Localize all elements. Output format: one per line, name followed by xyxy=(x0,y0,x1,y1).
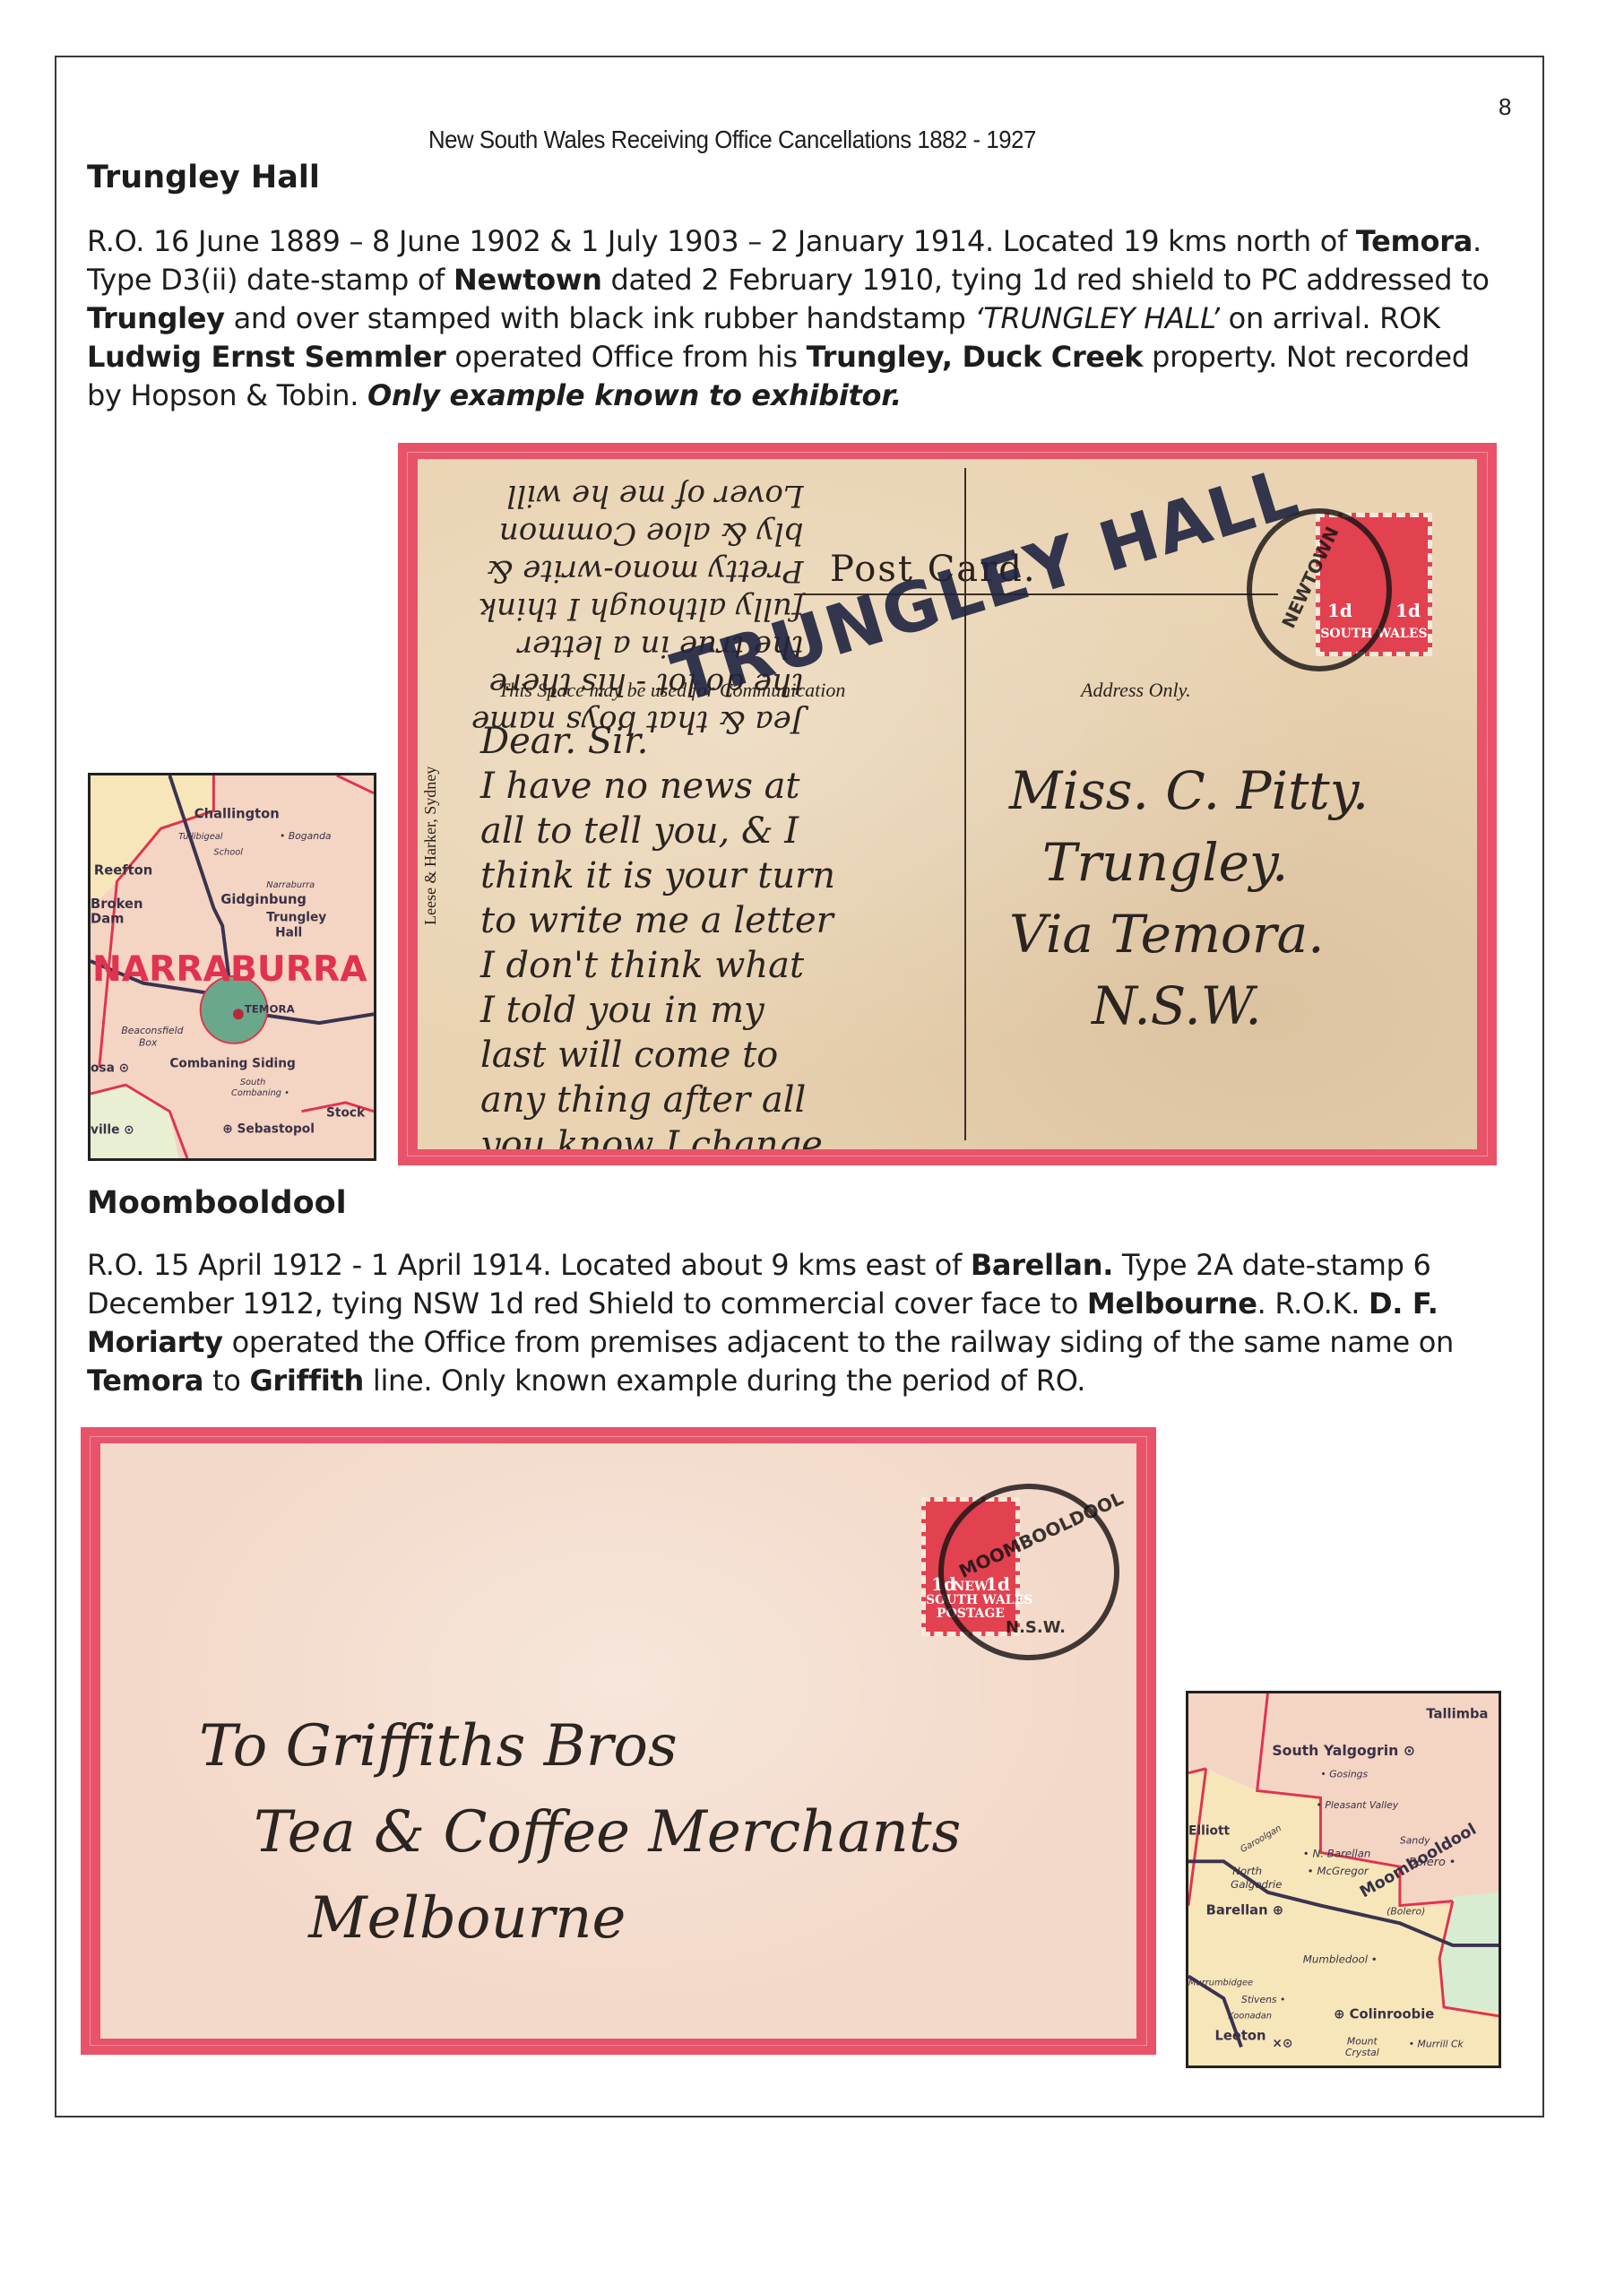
paragraph-run: Ludwig Ernst Semmler xyxy=(87,340,445,374)
svg-text:Elliott: Elliott xyxy=(1188,1824,1231,1839)
paragraph-run: dated 2 February 1910, tying 1d red shie… xyxy=(602,263,1490,297)
svg-text:TEMORA: TEMORA xyxy=(245,1002,296,1015)
paragraph-run: on arrival. ROK xyxy=(1220,301,1440,335)
svg-text:Broken: Broken xyxy=(91,896,143,912)
map-moombooldool-area: Tallimba South Yalgogrin ⊙ • Gosings • P… xyxy=(1186,1691,1501,2068)
section-heading-trungley-hall: Trungley Hall xyxy=(87,160,320,195)
svg-text:Beaconsfield: Beaconsfield xyxy=(121,1025,183,1036)
svg-text:Combaning •: Combaning • xyxy=(231,1088,289,1098)
svg-text:osa ⊙: osa ⊙ xyxy=(91,1061,129,1075)
svg-text:Barellan ⊕: Barellan ⊕ xyxy=(1206,1902,1283,1918)
paragraph-run: R.O. 15 April 1912 - 1 April 1914. Locat… xyxy=(87,1248,971,1282)
postcard-communication-caption: This Space may be used for Communication xyxy=(498,679,845,702)
svg-text:Stivens •: Stivens • xyxy=(1241,1994,1285,2005)
paragraph-run: to xyxy=(203,1364,249,1398)
svg-text:• Gosings: • Gosings xyxy=(1320,1769,1368,1780)
svg-text:Trungley: Trungley xyxy=(266,911,326,925)
paragraph-run: operated the Office from premises adjace… xyxy=(223,1325,1454,1359)
postcard-address: Miss. C. Pitty. Trungley. Via Temora. N.… xyxy=(1009,755,1369,1042)
postcard-address-caption: Address Only. xyxy=(1081,679,1191,702)
postcard-title-rule xyxy=(794,593,1278,595)
svg-text:Combaning Siding: Combaning Siding xyxy=(169,1056,296,1070)
postcard-message: Dear. Sir. I have no news at all to tell… xyxy=(480,719,845,1149)
page-number: 8 xyxy=(1499,93,1511,121)
paragraph-run: Trungley xyxy=(87,301,225,335)
envelope-postmark-moombooldool xyxy=(938,1484,1119,1660)
svg-text:Gidginbung: Gidginbung xyxy=(220,892,307,907)
envelope-cover: 1d 1d NEW SOUTH WALES POSTAGE MOOMBOOLDO… xyxy=(100,1443,1136,2039)
postcard-postmark-newtown xyxy=(1247,508,1392,671)
svg-text:Narraburra: Narraburra xyxy=(266,880,315,890)
paragraph-run: Griffith xyxy=(249,1364,364,1398)
postcard: Jea & that boys name the do lot - his th… xyxy=(418,459,1477,1149)
paragraph-run: ‘TRUNGLEY HALL’ xyxy=(974,301,1219,335)
svg-text:Koonadan: Koonadan xyxy=(1228,2012,1272,2022)
postcard-stamp: 1d 1d SOUTH WALES xyxy=(1316,513,1432,656)
svg-text:×⊙: ×⊙ xyxy=(1272,2036,1292,2050)
postcard-inverted-message: Jea & that boys name the do lot - his th… xyxy=(471,477,803,740)
svg-text:Hall: Hall xyxy=(275,925,302,940)
svg-text:• N. Barellan: • N. Barellan xyxy=(1303,1847,1371,1859)
envelope-stamp: 1d 1d NEW SOUTH WALES POSTAGE xyxy=(921,1497,1020,1636)
section-description-moombooldool: R.O. 15 April 1912 - 1 April 1914. Locat… xyxy=(87,1246,1512,1400)
paragraph-run: and over stamped with black ink rubber h… xyxy=(225,301,975,335)
svg-text:(Bolero): (Bolero) xyxy=(1386,1905,1425,1917)
svg-text:• McGregor: • McGregor xyxy=(1308,1865,1369,1877)
paragraph-run: line. Only known example during the peri… xyxy=(364,1364,1085,1398)
svg-text:⊕ Colinroobie: ⊕ Colinroobie xyxy=(1334,2007,1434,2022)
svg-text:South Yalgogrin ⊙: South Yalgogrin ⊙ xyxy=(1272,1742,1415,1759)
paragraph-run: Trungley, Duck Creek xyxy=(807,340,1144,374)
envelope-postmark-text: MOOMBOOLDOOL xyxy=(955,1487,1127,1582)
svg-text:Mumbledool •: Mumbledool • xyxy=(1303,1953,1378,1966)
svg-text:Sandy: Sandy xyxy=(1400,1835,1430,1847)
envelope-mount: 1d 1d NEW SOUTH WALES POSTAGE MOOMBOOLDO… xyxy=(81,1427,1156,2055)
svg-text:ville ⊙: ville ⊙ xyxy=(91,1122,134,1137)
trungley-hall-handstamp: TRUNGLEY HALL xyxy=(663,459,1309,718)
svg-text:School: School xyxy=(213,848,243,858)
svg-text:• Murrill Ck: • Murrill Ck xyxy=(1409,2038,1464,2049)
svg-text:• Boganda: • Boganda xyxy=(280,830,332,842)
paragraph-run: R.O. 16 June 1889 – 8 June 1902 & 1 July… xyxy=(87,224,1356,258)
svg-text:Stock: Stock xyxy=(326,1106,366,1121)
paragraph-run: Temora xyxy=(1356,224,1473,258)
svg-text:Challington: Challington xyxy=(194,806,280,821)
svg-text:Tullibigeal: Tullibigeal xyxy=(178,832,223,842)
svg-text:NARRABURRA: NARRABURRA xyxy=(92,948,367,990)
section-heading-moombooldool: Moombooldool xyxy=(87,1185,347,1221)
svg-text:Leeton: Leeton xyxy=(1214,2028,1266,2043)
svg-text:Galgedrie: Galgedrie xyxy=(1231,1878,1282,1891)
paragraph-run: Temora xyxy=(87,1364,203,1398)
paragraph-run: Melbourne xyxy=(1087,1286,1257,1321)
svg-text:North: North xyxy=(1232,1865,1262,1877)
envelope-postmark-state: N.S.W. xyxy=(1006,1618,1066,1637)
paragraph-run: Newtown xyxy=(454,263,602,297)
postcard-printed-title: Post Card. xyxy=(830,549,1037,590)
svg-text:Tallimba: Tallimba xyxy=(1426,1707,1488,1722)
svg-text:Mount: Mount xyxy=(1347,2035,1378,2047)
svg-text:Murrumbidgee: Murrumbidgee xyxy=(1188,1978,1253,1988)
section-description-trungley-hall: R.O. 16 June 1889 – 8 June 1902 & 1 July… xyxy=(87,222,1512,415)
svg-text:Dam: Dam xyxy=(91,912,124,927)
envelope-address: To Griffiths Bros Tea & Coffee Merchants… xyxy=(199,1703,961,1962)
svg-text:Crystal: Crystal xyxy=(1345,2047,1379,2058)
map-trungley-hall-area: Challington • Boganda Tullibigeal School… xyxy=(88,773,376,1161)
postcard-mount: Jea & that boys name the do lot - his th… xyxy=(398,443,1497,1165)
paragraph-run: Barellan. xyxy=(971,1248,1113,1282)
svg-text:South: South xyxy=(240,1078,266,1087)
svg-text:Box: Box xyxy=(139,1037,158,1049)
svg-text:• Pleasant Valley: • Pleasant Valley xyxy=(1317,1799,1399,1811)
paragraph-run: . R.O.K. xyxy=(1257,1286,1369,1321)
postcard-divider xyxy=(964,468,966,1140)
svg-text:Reefton: Reefton xyxy=(94,862,152,878)
running-title: New South Wales Receiving Office Cancell… xyxy=(428,126,1036,154)
postcard-postmark-text: NEWTOWN xyxy=(1277,524,1343,632)
paragraph-run: operated Office from his xyxy=(445,340,806,374)
postcard-printer-imprint: Leese & Harker, Sydney xyxy=(421,766,440,925)
paragraph-run: Only example known to exhibitor. xyxy=(367,378,902,412)
svg-text:⊕ Sebastopol: ⊕ Sebastopol xyxy=(222,1122,315,1136)
